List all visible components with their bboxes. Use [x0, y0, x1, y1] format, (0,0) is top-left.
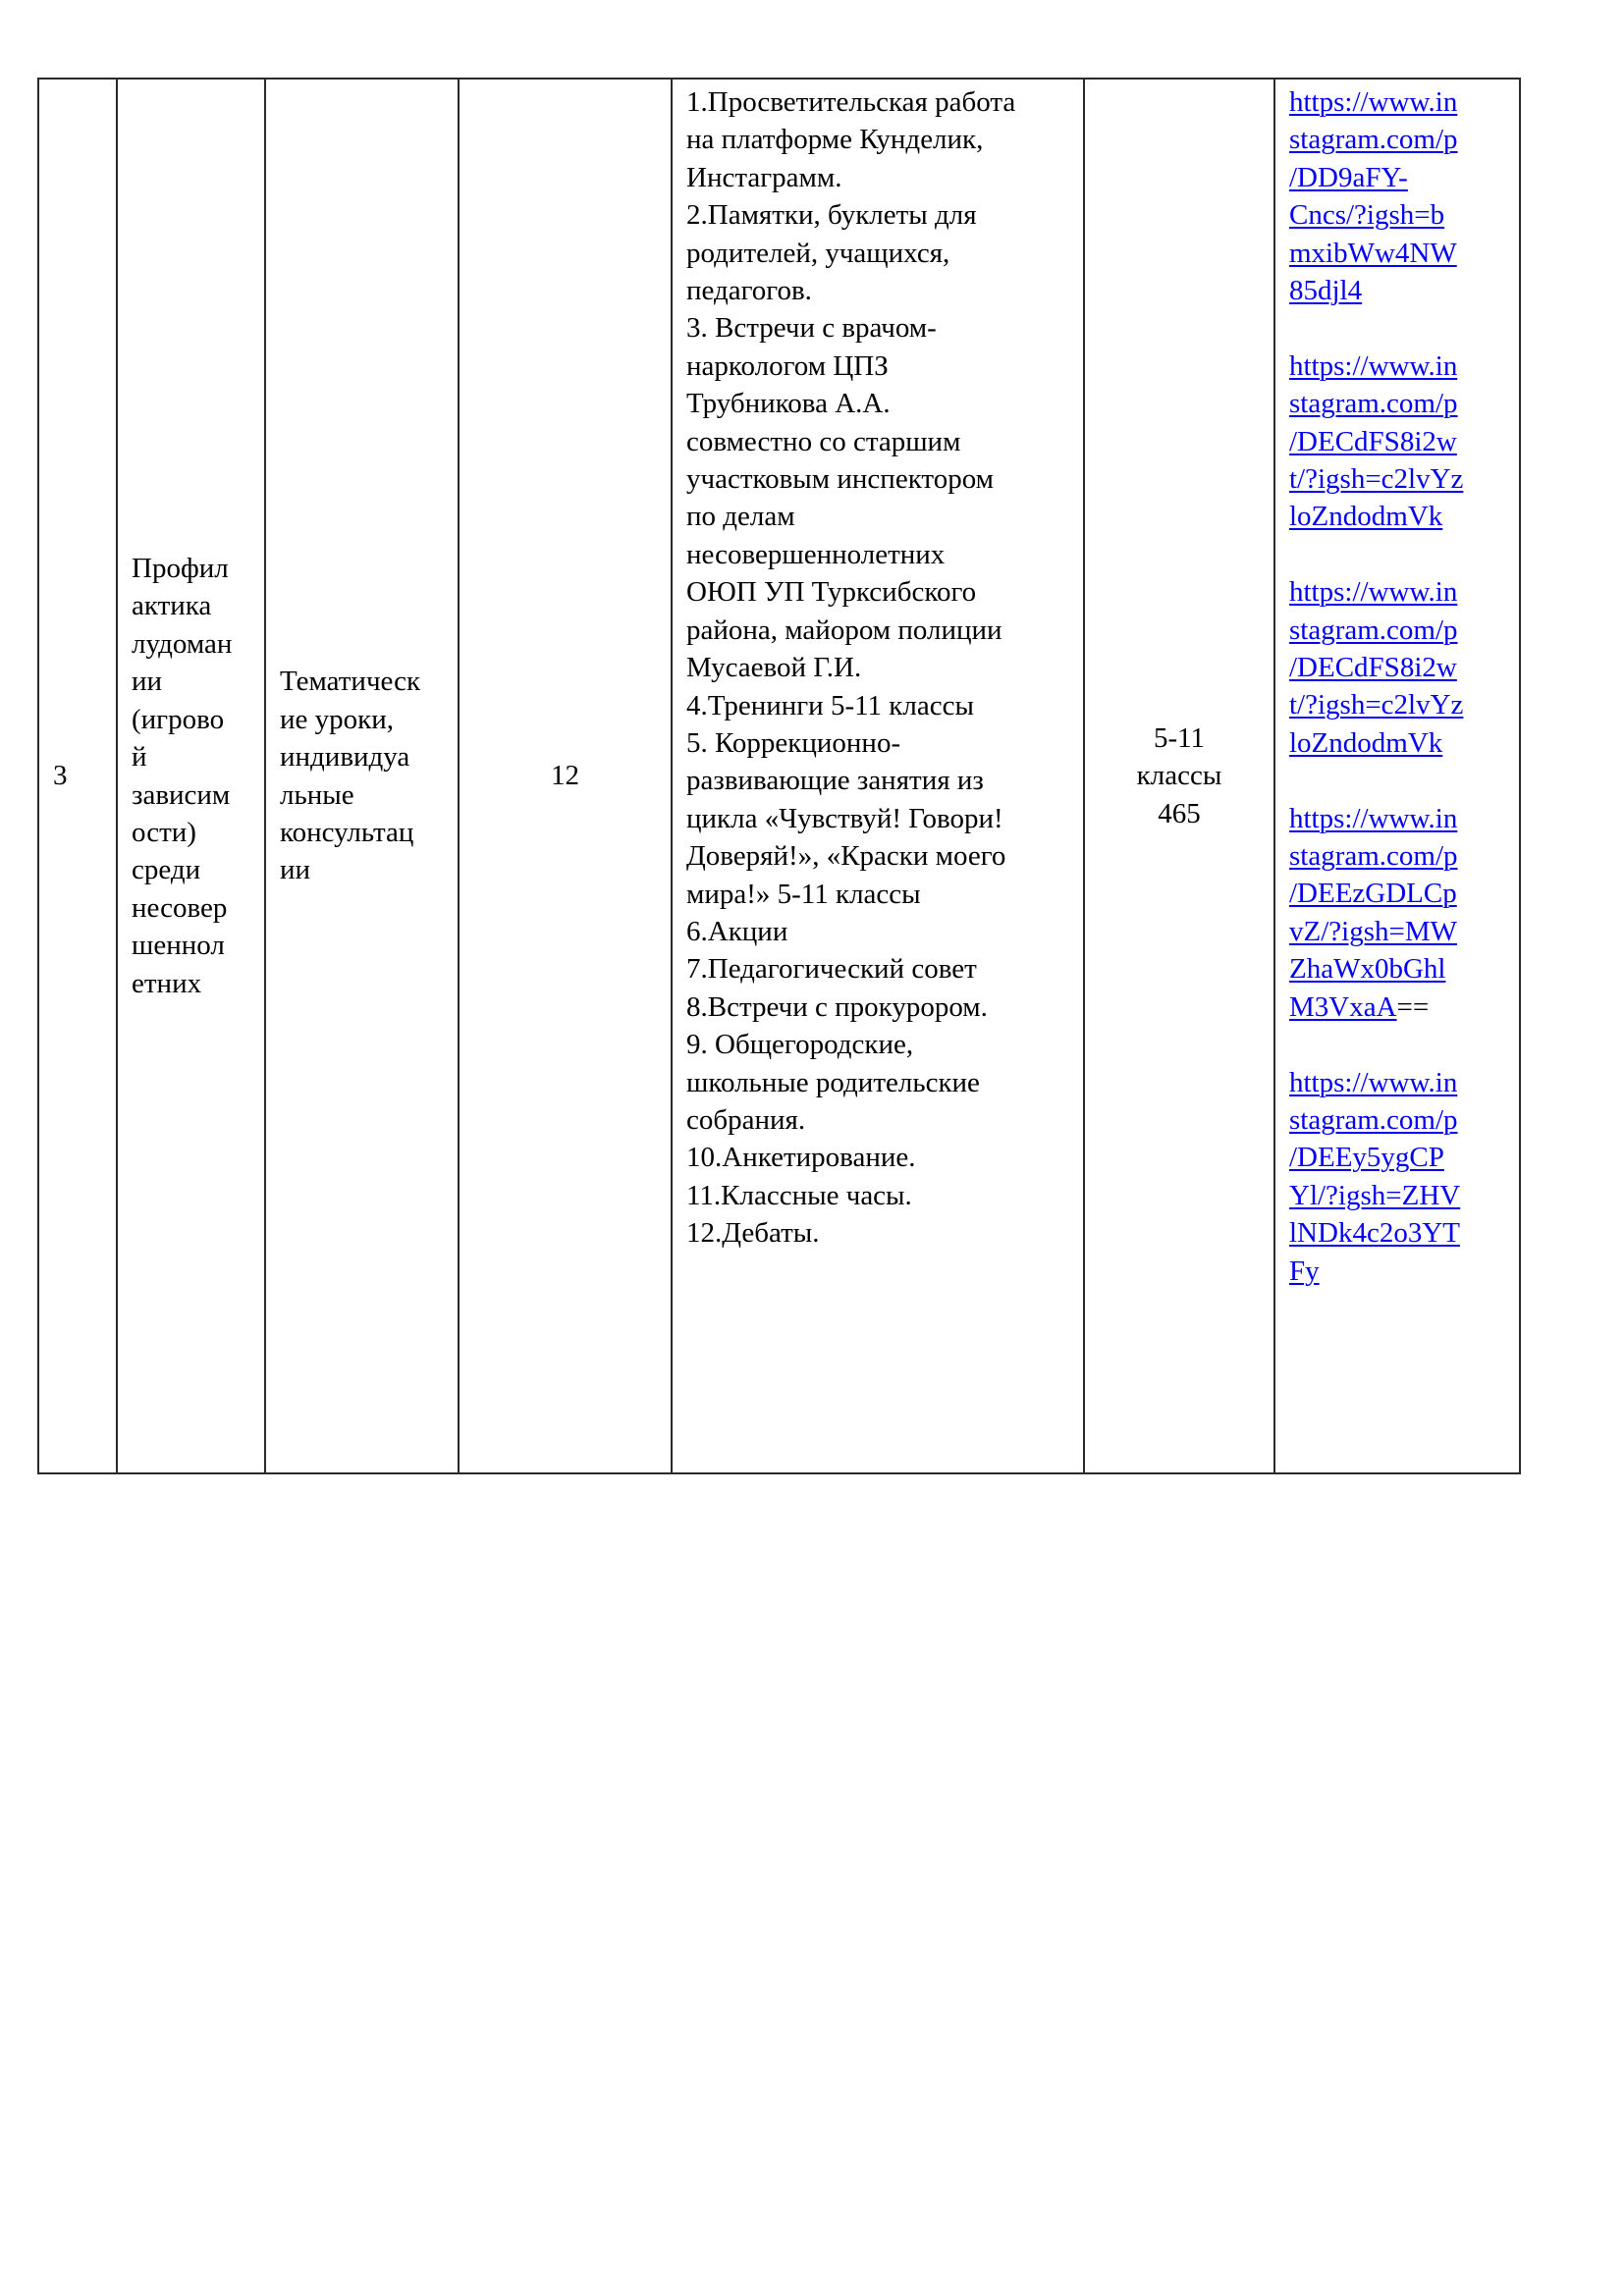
link-line: /DEEy5ygCP	[1289, 1139, 1513, 1176]
activities-cell: 1.Просветительская работана платформе Ку…	[672, 79, 1084, 1473]
instagram-link[interactable]: https://www.in	[1289, 86, 1457, 118]
link-line: t/?igsh=c2lvYz	[1289, 686, 1513, 723]
link-line: Cncs/?igsh=b	[1289, 196, 1513, 234]
instagram-link-block: https://www.instagram.com/p/DD9aFY-Cncs/…	[1289, 83, 1513, 309]
form-line: ии	[280, 851, 454, 888]
link-line: mxibWw4NW	[1289, 235, 1513, 272]
link-line: stagram.com/p	[1289, 612, 1513, 649]
instagram-link[interactable]: https://www.in	[1289, 1067, 1457, 1098]
activity-line: 6.Акции	[686, 913, 1073, 950]
link-line: loZndodmVk	[1289, 498, 1513, 535]
activity-line: района, майором полиции	[686, 612, 1073, 649]
instagram-link[interactable]: /DECdFS8i2w	[1289, 426, 1457, 457]
instagram-link-block: https://www.instagram.com/p/DEEy5ygCPYl/…	[1289, 1064, 1513, 1290]
link-line: vZ/?igsh=MW	[1289, 913, 1513, 950]
link-line: https://www.in	[1289, 83, 1513, 121]
activity-line: на платформе Кунделик,	[686, 121, 1073, 158]
activity-line: Доверяй!», «Краски моего	[686, 837, 1073, 875]
activity-line: 11.Классные часы.	[686, 1177, 1073, 1214]
activity-line: участковым инспектором	[686, 460, 1073, 498]
activity-line: 4.Тренинги 5-11 классы	[686, 687, 1073, 724]
activity-line: собрания.	[686, 1101, 1073, 1139]
audience-line: классы	[1085, 757, 1273, 794]
activity-line: совместно со старшим	[686, 423, 1073, 460]
activities-list: 1.Просветительская работана платформе Ку…	[686, 83, 1073, 1253]
instagram-link[interactable]: https://www.in	[1289, 350, 1457, 382]
link-line: /DECdFS8i2w	[1289, 649, 1513, 686]
instagram-link[interactable]: Yl/?igsh=ZHV	[1289, 1180, 1460, 1211]
topic-line: среди	[132, 851, 260, 888]
form-line: льные	[280, 776, 454, 814]
link-line: lNDk4c2o3YT	[1289, 1214, 1513, 1252]
row-number: 3	[53, 760, 68, 791]
link-line: stagram.com/p	[1289, 837, 1513, 875]
link-line: t/?igsh=c2lvYz	[1289, 460, 1513, 498]
activity-line: школьные родительские	[686, 1064, 1073, 1101]
link-line: loZndodmVk	[1289, 724, 1513, 762]
link-line: https://www.in	[1289, 573, 1513, 611]
row-number-cell: 3	[38, 79, 117, 1473]
topic-line: шеннол	[132, 927, 260, 964]
link-line: Yl/?igsh=ZHV	[1289, 1177, 1513, 1214]
instagram-link[interactable]: 85djl4	[1289, 275, 1362, 306]
instagram-link[interactable]: stagram.com/p	[1289, 614, 1458, 646]
activity-line: несовершеннолетних	[686, 536, 1073, 573]
instagram-link[interactable]: https://www.in	[1289, 576, 1457, 608]
activity-line: 7.Педагогический совет	[686, 950, 1073, 988]
activity-line: 10.Анкетирование.	[686, 1139, 1073, 1176]
instagram-link-block: https://www.instagram.com/p/DEEzGDLCpvZ/…	[1289, 800, 1513, 1026]
count-cell: 12	[459, 79, 672, 1473]
instagram-link[interactable]: stagram.com/p	[1289, 1104, 1458, 1136]
link-line: stagram.com/p	[1289, 1101, 1513, 1139]
instagram-link[interactable]: https://www.in	[1289, 803, 1457, 834]
link-line: stagram.com/p	[1289, 121, 1513, 158]
link-line: 85djl4	[1289, 272, 1513, 309]
activity-line: 12.Дебаты.	[686, 1214, 1073, 1252]
activity-line: 2.Памятки, буклеты для	[686, 196, 1073, 234]
link-line: /DD9aFY-	[1289, 159, 1513, 196]
instagram-link[interactable]: t/?igsh=c2lvYz	[1289, 463, 1463, 495]
form-text: Тематические уроки,индивидуальныеконсуль…	[280, 663, 454, 888]
activity-line: 3. Встречи с врачом-	[686, 309, 1073, 347]
audience-line: 465	[1085, 795, 1273, 832]
instagram-link[interactable]: /DEEy5ygCP	[1289, 1142, 1444, 1173]
instagram-link[interactable]: t/?igsh=c2lvYz	[1289, 689, 1463, 721]
instagram-link-block: https://www.instagram.com/p/DECdFS8i2wt/…	[1289, 573, 1513, 762]
instagram-link[interactable]: lNDk4c2o3YT	[1289, 1217, 1460, 1249]
instagram-link[interactable]: /DEEzGDLCp	[1289, 878, 1457, 909]
topic-text: Профилактикалудомании(игровойзависимости…	[132, 550, 260, 1002]
topic-line: й	[132, 738, 260, 775]
activity-line: цикла «Чувствуй! Говори!	[686, 800, 1073, 837]
audience-line: 5-11	[1085, 720, 1273, 757]
link-line: https://www.in	[1289, 1064, 1513, 1101]
activity-line: наркологом ЦПЗ	[686, 347, 1073, 385]
instagram-link[interactable]: ZhaWx0bGhl	[1289, 953, 1445, 985]
topic-line: зависим	[132, 776, 260, 814]
link-line: ZhaWx0bGhl	[1289, 950, 1513, 988]
link-line: M3VxaA==	[1289, 988, 1513, 1026]
instagram-link[interactable]: vZ/?igsh=MW	[1289, 916, 1457, 947]
links-list: https://www.instagram.com/p/DD9aFY-Cncs/…	[1289, 83, 1513, 1290]
activity-line: 5. Коррекционно-	[686, 724, 1073, 762]
topic-line: етних	[132, 965, 260, 1002]
link-tail-text: ==	[1397, 991, 1430, 1023]
table-row: 3 Профилактикалудомании(игровойзависимос…	[38, 79, 1520, 1473]
audience-cell: 5-11классы465	[1084, 79, 1274, 1473]
topic-line: актика	[132, 587, 260, 624]
event-count: 12	[551, 760, 579, 791]
topic-line: ости)	[132, 814, 260, 851]
form-line: Тематическ	[280, 663, 454, 700]
instagram-link[interactable]: stagram.com/p	[1289, 124, 1458, 155]
topic-line: Профил	[132, 550, 260, 587]
activity-line: 1.Просветительская работа	[686, 83, 1073, 121]
activity-table: 3 Профилактикалудомании(игровойзависимос…	[37, 78, 1521, 1474]
link-line: stagram.com/p	[1289, 385, 1513, 422]
activity-line: развивающие занятия из	[686, 762, 1073, 799]
form-line: ие уроки,	[280, 701, 454, 738]
activity-line: ОЮП УП Турксибского	[686, 573, 1073, 611]
link-line: Fy	[1289, 1253, 1513, 1290]
topic-line: ии	[132, 663, 260, 700]
topic-cell: Профилактикалудомании(игровойзависимости…	[117, 79, 265, 1473]
links-cell: https://www.instagram.com/p/DD9aFY-Cncs/…	[1274, 79, 1520, 1473]
instagram-link[interactable]: /DECdFS8i2w	[1289, 652, 1457, 683]
form-cell: Тематические уроки,индивидуальныеконсуль…	[265, 79, 459, 1473]
instagram-link[interactable]: loZndodmVk	[1289, 501, 1442, 532]
instagram-link[interactable]: Cncs/?igsh=b	[1289, 199, 1444, 231]
audience-text: 5-11классы465	[1085, 720, 1273, 832]
instagram-link[interactable]: stagram.com/p	[1289, 840, 1458, 872]
instagram-link-block: https://www.instagram.com/p/DECdFS8i2wt/…	[1289, 347, 1513, 536]
activity-line: Мусаевой Г.И.	[686, 649, 1073, 686]
instagram-link[interactable]: mxibWw4NW	[1289, 238, 1457, 269]
activity-line: родителей, учащихся,	[686, 235, 1073, 272]
activity-line: по делам	[686, 498, 1073, 535]
activity-line: Инстаграмм.	[686, 159, 1073, 196]
instagram-link[interactable]: M3VxaA	[1289, 991, 1397, 1023]
instagram-link[interactable]: loZndodmVk	[1289, 727, 1442, 759]
link-line: https://www.in	[1289, 347, 1513, 385]
activity-line: 8.Встречи с прокурором.	[686, 988, 1073, 1026]
activity-line: Трубникова А.А.	[686, 385, 1073, 422]
form-line: индивидуа	[280, 738, 454, 775]
activity-line: педагогов.	[686, 272, 1073, 309]
link-line: /DEEzGDLCp	[1289, 875, 1513, 912]
topic-line: несовер	[132, 889, 260, 927]
link-line: https://www.in	[1289, 800, 1513, 837]
activity-line: мира!» 5-11 классы	[686, 876, 1073, 913]
instagram-link[interactable]: Fy	[1289, 1255, 1320, 1287]
instagram-link[interactable]: /DD9aFY-	[1289, 162, 1408, 193]
instagram-link[interactable]: stagram.com/p	[1289, 388, 1458, 419]
topic-line: (игрово	[132, 701, 260, 738]
form-line: консультац	[280, 814, 454, 851]
activity-line: 9. Общегородские,	[686, 1026, 1073, 1063]
link-line: /DECdFS8i2w	[1289, 423, 1513, 460]
topic-line: лудоман	[132, 625, 260, 663]
